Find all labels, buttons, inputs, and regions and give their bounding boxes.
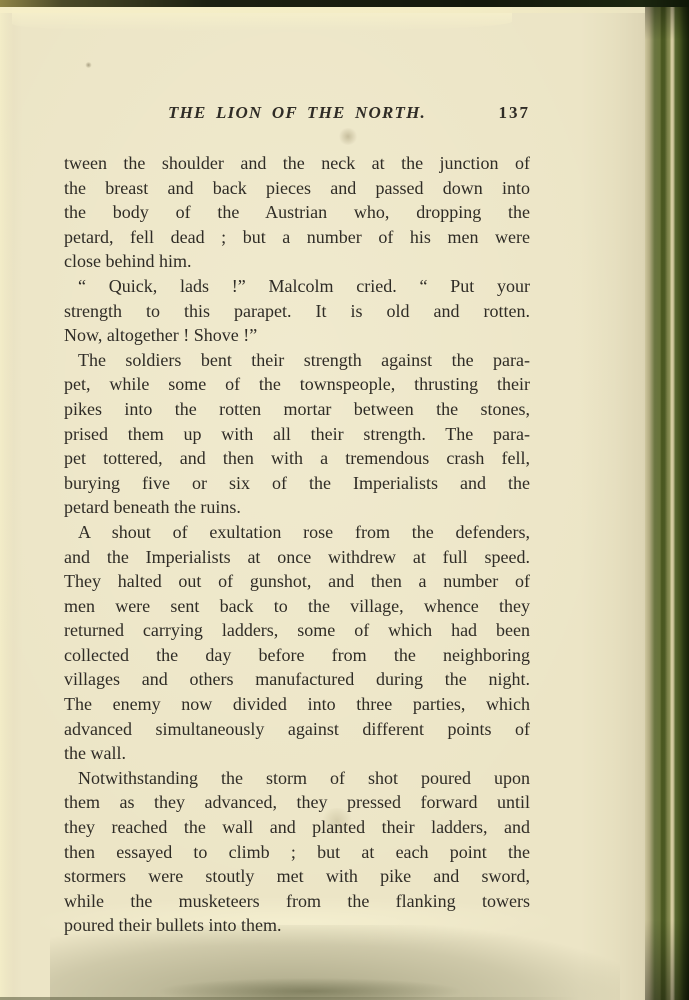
text-line: the body of the Austrian who, dropping t… xyxy=(64,200,530,225)
paragraph: Notwithstanding the storm of shot poured… xyxy=(64,766,530,938)
paragraph: “ Quick, lads !” Malcolm cried. “ Put yo… xyxy=(64,274,530,348)
text-line: them as they advanced, they pressed forw… xyxy=(64,790,530,815)
top-page-edges xyxy=(0,6,648,13)
text-line: then essayed to climb ; but at each poin… xyxy=(64,840,530,865)
text-line: Notwithstanding the storm of shot poured… xyxy=(64,766,530,791)
text-line: petard beneath the ruins. xyxy=(64,495,530,520)
text-line: They halted out of gunshot, and then a n… xyxy=(64,569,530,594)
text-line: returned carrying ladders, some of which… xyxy=(64,618,530,643)
text-line: collected the day before from the neighb… xyxy=(64,643,530,668)
text-line: strength to this parapet. It is old and … xyxy=(64,299,530,324)
text-line: tween the shoulder and the neck at the j… xyxy=(64,151,530,176)
text-line: A shout of exultation rose from the defe… xyxy=(64,520,530,545)
text-line: men were sent back to the village, whenc… xyxy=(64,594,530,619)
page-number: 137 xyxy=(499,100,531,126)
text-line: The enemy now divided into three parties… xyxy=(64,692,530,717)
book-page-scan: THE LION OF THE NORTH. 137 tween the sho… xyxy=(0,0,689,1000)
text-line: the breast and back pieces and passed do… xyxy=(64,176,530,201)
text-line: The soldiers bent their strength against… xyxy=(64,348,530,373)
text-line: Now, altogether ! Shove !” xyxy=(64,323,530,348)
text-line: the wall. xyxy=(64,741,530,766)
paper-stain xyxy=(338,128,358,145)
text-line: prised them up with all their strength. … xyxy=(64,422,530,447)
text-line: stormers were stoutly met with pike and … xyxy=(64,864,530,889)
body-text: tween the shoulder and the neck at the j… xyxy=(64,151,530,938)
text-line: petard, fell dead ; but a number of his … xyxy=(64,225,530,250)
text-line: pet tottered, and then with a tremendous… xyxy=(64,446,530,471)
text-line: burying five or six of the Imperialists … xyxy=(64,471,530,496)
paragraph: A shout of exultation rose from the defe… xyxy=(64,520,530,766)
text-line: they reached the wall and planted their … xyxy=(64,815,530,840)
text-line: poured their bullets into them. xyxy=(64,913,530,938)
text-line: pikes into the rotten mortar between the… xyxy=(64,397,530,422)
left-page-edge xyxy=(0,0,14,1000)
text-line: villages and others manufactured during … xyxy=(64,667,530,692)
paragraph: The soldiers bent their strength against… xyxy=(64,348,530,520)
text-line: while the musketeers from the flanking t… xyxy=(64,889,530,914)
paragraph: tween the shoulder and the neck at the j… xyxy=(64,151,530,274)
text-line: and the Imperialists at once withdrew at… xyxy=(64,545,530,570)
text-line: advanced simultaneously against differen… xyxy=(64,717,530,742)
paper-speck xyxy=(85,62,92,68)
top-cover-edge xyxy=(0,0,689,7)
running-title: THE LION OF THE NORTH. xyxy=(64,100,530,126)
text-line: pet, while some of the townspeople, thru… xyxy=(64,372,530,397)
text-line: “ Quick, lads !” Malcolm cried. “ Put yo… xyxy=(64,274,530,299)
green-cover-spine xyxy=(645,0,689,1000)
text-line: close behind him. xyxy=(64,249,530,274)
running-header: THE LION OF THE NORTH. 137 xyxy=(64,100,530,126)
